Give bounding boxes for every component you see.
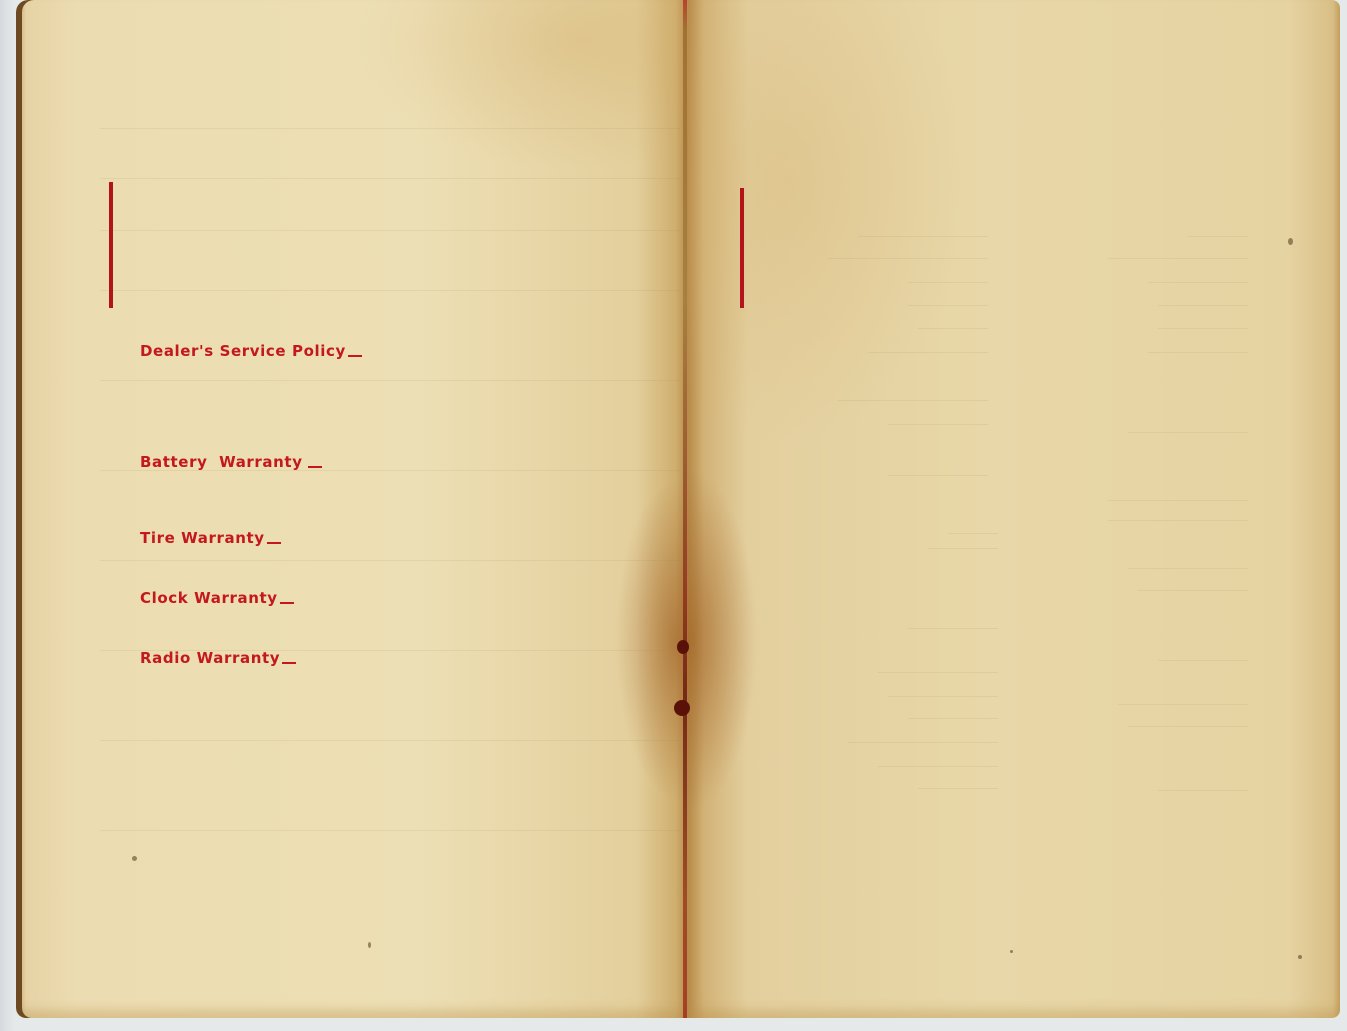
bleed-rule [908,305,988,306]
bleed-rule [1138,590,1248,591]
paper-speck [132,856,137,861]
right-page [688,0,1340,1018]
dash-rule [280,602,294,604]
paper-speck [368,942,371,948]
bleed-rule [948,533,998,534]
dash-rule [308,466,322,468]
bleed-rule [1188,236,1248,237]
heading-battery-warranty: Battery Warranty [140,453,322,471]
dash-rule [282,662,296,664]
bleed-rule [848,742,998,743]
bleed-rule [1128,568,1248,569]
booklet-scan: Dealer's Service Policy Battery Warranty… [0,0,1347,1031]
bleed-rule [100,560,680,561]
bleed-rule [1158,790,1248,791]
bleed-rule [918,328,988,329]
heading-label: Dealer's Service Policy [140,342,346,360]
bleed-rule [100,178,680,179]
heading-label: Radio Warranty [140,649,280,667]
bleed-rule [878,672,998,673]
binding-stain [674,700,690,716]
bleed-rule [1158,305,1248,306]
bleed-rule [1148,282,1248,283]
red-accent-bar [109,182,113,308]
bleed-rule [100,128,680,129]
heading-clock-warranty: Clock Warranty [140,589,294,607]
bleed-rule [858,236,988,237]
bleed-rule [1128,726,1248,727]
heading-label: Battery Warranty [140,453,303,471]
bleed-rule [1128,432,1248,433]
bleed-rule [1108,258,1248,259]
bleed-rule [888,424,988,425]
heading-label: Clock Warranty [140,589,278,607]
left-page: Dealer's Service Policy Battery Warranty… [16,0,688,1018]
bleed-rule [1118,704,1248,705]
paper-speck [1288,238,1293,245]
bleed-rule [100,380,680,381]
bleed-rule [100,230,680,231]
bleed-rule [888,696,998,697]
bleed-rule [100,740,680,741]
heading-dealers-service-policy: Dealer's Service Policy [140,342,362,360]
bleed-rule [868,352,988,353]
book-gutter [683,0,687,1018]
bleed-rule [100,830,680,831]
red-accent-bar [740,188,744,308]
paper-speck [1298,955,1302,959]
bleed-rule [1108,520,1248,521]
bleed-rule [918,788,998,789]
bleed-rule [1148,352,1248,353]
bleed-rule [1158,328,1248,329]
bleed-rule [888,475,988,476]
bleed-rule [878,766,998,767]
bleed-rule [908,282,988,283]
bleed-rule [1108,500,1248,501]
bleed-rule [908,628,998,629]
binding-stain [677,640,689,654]
paper-speck [1010,950,1013,953]
dash-rule [348,355,362,357]
heading-label: Tire Warranty [140,529,265,547]
bleed-rule [908,718,998,719]
bleed-rule [1158,660,1248,661]
bleed-rule [828,258,988,259]
bleed-rule [928,548,998,549]
bleed-rule [100,290,680,291]
bleed-rule [838,400,988,401]
dash-rule [267,542,281,544]
heading-tire-warranty: Tire Warranty [140,529,281,547]
heading-radio-warranty: Radio Warranty [140,649,296,667]
